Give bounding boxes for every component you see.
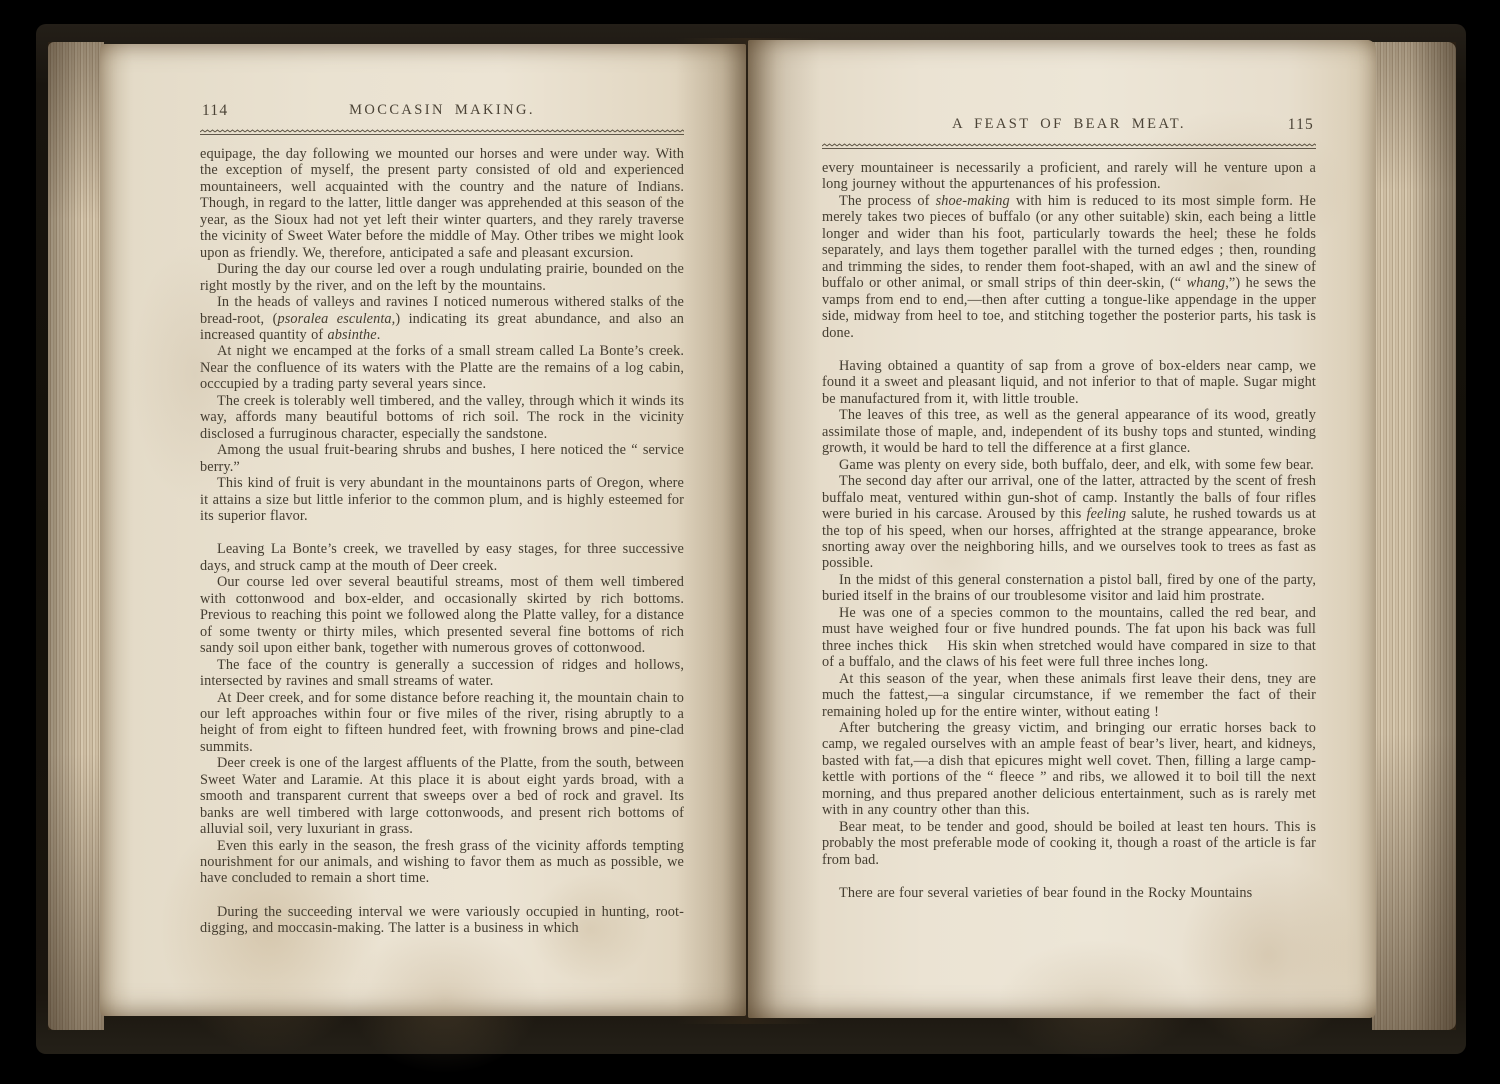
- left-text-column: 114 MOCCASIN MAKING. equipage, the day f…: [200, 102, 684, 937]
- paragraph: In the midst of this general consternati…: [822, 572, 1316, 605]
- page-number-right: 115: [1288, 116, 1314, 134]
- right-page: A FEAST OF BEAR MEAT. 115 every mountain…: [748, 40, 1376, 1018]
- running-head-left: MOCCASIN MAKING.: [200, 102, 684, 119]
- paragraph: The process of shoe-making with him is r…: [822, 193, 1316, 341]
- paragraph: Even this early in the season, the fresh…: [200, 838, 684, 887]
- right-page-body: every mountaineer is necessarily a profi…: [822, 160, 1316, 901]
- paragraph: Among the usual fruit-bearing shrubs and…: [200, 442, 684, 475]
- page-edge-stack-left: [48, 42, 104, 1030]
- paragraph: Bear meat, to be tender and good, should…: [822, 819, 1316, 868]
- paragraph: He was one of a species common to the mo…: [822, 605, 1316, 671]
- paragraph: After butchering the greasy victim, and …: [822, 720, 1316, 819]
- page-number-left: 114: [202, 102, 228, 120]
- book-cover: 114 MOCCASIN MAKING. equipage, the day f…: [36, 24, 1466, 1054]
- page-stain: [350, 924, 540, 1074]
- wavy-rule: [200, 129, 684, 133]
- page-stain: [998, 940, 1198, 1060]
- paragraph: The second day after our arrival, one of…: [822, 473, 1316, 572]
- paragraph: At this season of the year, when these a…: [822, 671, 1316, 720]
- page-edge-stack-right: [1372, 42, 1456, 1030]
- header-rule: [200, 134, 684, 135]
- paragraph: Game was plenty on every side, both buff…: [822, 457, 1316, 473]
- running-head-right: A FEAST OF BEAR MEAT.: [822, 116, 1316, 133]
- header-rule: [822, 148, 1316, 149]
- paragraph: Deer creek is one of the largest affluen…: [200, 755, 684, 837]
- wavy-rule: [822, 143, 1316, 147]
- paragraph: The creek is tolerably well timbered, an…: [200, 393, 684, 442]
- paragraph: There are four several varieties of bear…: [822, 885, 1316, 901]
- paragraph: During the succeeding interval we were v…: [200, 904, 684, 937]
- paragraph: During the day our course led over a rou…: [200, 261, 684, 294]
- paragraph: At Deer creek, and for some distance bef…: [200, 690, 684, 756]
- left-page: 114 MOCCASIN MAKING. equipage, the day f…: [100, 44, 746, 1016]
- paragraph: The leaves of this tree, as well as the …: [822, 407, 1316, 456]
- paragraph: In the heads of valleys and ravines I no…: [200, 294, 684, 343]
- paragraph: every mountaineer is necessarily a profi…: [822, 160, 1316, 193]
- left-page-body: equipage, the day following we mounted o…: [200, 146, 684, 937]
- left-page-header: 114 MOCCASIN MAKING.: [200, 102, 684, 122]
- paragraph: At night we encamped at the forks of a s…: [200, 343, 684, 392]
- right-text-column: A FEAST OF BEAR MEAT. 115 every mountain…: [822, 116, 1316, 901]
- paragraph: Having obtained a quantity of sap from a…: [822, 358, 1316, 407]
- paragraph: The face of the country is generally a s…: [200, 657, 684, 690]
- paragraph: equipage, the day following we mounted o…: [200, 146, 684, 261]
- right-page-header: A FEAST OF BEAR MEAT. 115: [822, 116, 1316, 136]
- paragraph: Our course led over several beautiful st…: [200, 574, 684, 656]
- paragraph: This kind of fruit is very abundant in t…: [200, 475, 684, 524]
- photo-background: 114 MOCCASIN MAKING. equipage, the day f…: [0, 0, 1500, 1084]
- paragraph: Leaving La Bonte’s creek, we travelled b…: [200, 541, 684, 574]
